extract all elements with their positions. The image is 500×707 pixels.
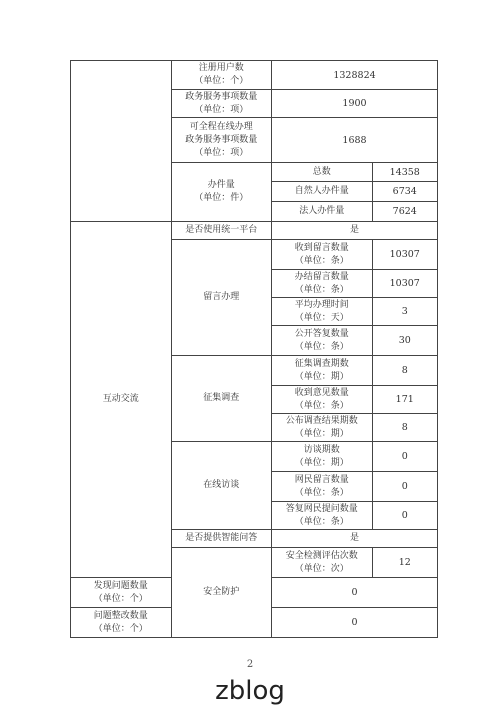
table-row: 互动交流 是否使用统一平台 是: [71, 222, 438, 240]
page-number: 2: [0, 659, 500, 670]
unit-text: （单位：期）: [272, 428, 372, 441]
unit-text: （单位：次）: [272, 563, 372, 576]
label-text: 访谈期数: [272, 444, 372, 457]
unit-text: （单位：个）: [71, 623, 171, 636]
unit-text: （单位：项）: [172, 147, 272, 160]
sub-label: 法人办件量: [272, 202, 373, 222]
label-text: 网民留言数量: [272, 474, 372, 487]
value-cell: 0: [372, 502, 438, 530]
value-cell: 0: [372, 442, 438, 472]
watermark: zblog: [0, 676, 500, 706]
label-text: 平均办理时间: [272, 299, 372, 312]
section-label-service: [71, 61, 172, 222]
row-label: 发现问题数量 （单位：个）: [71, 578, 172, 608]
label-text: 收到意见数量: [272, 387, 372, 400]
label-text: 办结留言数量: [272, 271, 372, 284]
value-cell: 6734: [372, 182, 438, 202]
value-cell: 0: [372, 472, 438, 502]
unit-text: （单位：项）: [172, 104, 272, 117]
sub-label: 公布调查结果期数 （单位：期）: [272, 414, 373, 442]
value-cell: 171: [372, 386, 438, 414]
label-text: 收到留言数量: [272, 242, 372, 255]
label-text: 发现问题数量: [71, 580, 171, 593]
row-label: 是否使用统一平台: [171, 222, 272, 240]
unit-text: （单位：条）: [272, 400, 372, 413]
sub-label: 平均办理时间 （单位：天）: [272, 298, 373, 326]
value-cell: 10307: [372, 240, 438, 270]
label-text: 问题整改数量: [71, 610, 171, 623]
group-label-survey: 征集调查: [171, 356, 272, 442]
label-text: 注册用户数: [172, 62, 272, 75]
value-cell: 0: [272, 608, 438, 638]
value-cell: 是: [272, 222, 438, 240]
unit-text: （单位：条）: [272, 255, 372, 268]
value-cell: 8: [372, 414, 438, 442]
row-label: 办件量 （单位：件）: [171, 163, 272, 222]
unit-text: （单位：个）: [71, 593, 171, 606]
value-cell: 30: [372, 326, 438, 356]
unit-text: （单位：条）: [272, 284, 372, 297]
row-label: 是否提供智能问答: [171, 530, 272, 548]
value-cell: 1900: [272, 90, 438, 118]
unit-text: （单位：件）: [172, 192, 272, 205]
label-text: 公布调查结果期数: [272, 415, 372, 428]
statistics-table: 注册用户数 （单位：个） 1328824 政务服务事项数量 （单位：项） 190…: [70, 60, 438, 638]
sub-label: 总数: [272, 163, 373, 182]
value-cell: 是: [272, 530, 438, 548]
label-text: 征集调查期数: [272, 358, 372, 371]
sub-label: 自然人办件量: [272, 182, 373, 202]
value-cell: 7624: [372, 202, 438, 222]
sub-label: 公开答复数量 （单位：条）: [272, 326, 373, 356]
unit-text: （单位：期）: [272, 457, 372, 470]
section-label-interaction: 互动交流: [71, 222, 172, 578]
label-text: 办件量: [172, 179, 272, 192]
sub-label: 收到意见数量 （单位：条）: [272, 386, 373, 414]
unit-text: （单位：条）: [272, 341, 372, 354]
value-cell: 1688: [272, 118, 438, 163]
unit-text: （单位：个）: [172, 75, 272, 88]
sub-label: 办结留言数量 （单位：条）: [272, 270, 373, 298]
sub-label: 征集调查期数 （单位：期）: [272, 356, 373, 386]
value-cell: 12: [372, 548, 438, 578]
row-label: 注册用户数 （单位：个）: [171, 61, 272, 90]
label-text: 公开答复数量: [272, 328, 372, 341]
section-label-security: 安全防护: [171, 548, 272, 638]
sub-label: 网民留言数量 （单位：条）: [272, 472, 373, 502]
sub-label: 收到留言数量 （单位：条）: [272, 240, 373, 270]
unit-text: （单位：条）: [272, 516, 372, 529]
table-row: 注册用户数 （单位：个） 1328824: [71, 61, 438, 90]
label-text: 答复网民提问数量: [272, 503, 372, 516]
unit-text: （单位：条）: [272, 487, 372, 500]
value-cell: 0: [272, 578, 438, 608]
row-label: 政务服务事项数量 （单位：项）: [171, 90, 272, 118]
unit-text: （单位：期）: [272, 371, 372, 384]
label-text: 政务服务事项数量: [172, 91, 272, 104]
label-text: 政务服务事项数量: [172, 134, 272, 147]
label-text: 安全检测评估次数: [272, 550, 372, 563]
value-cell: 1328824: [272, 61, 438, 90]
sub-label: 访谈期数 （单位：期）: [272, 442, 373, 472]
unit-text: （单位：天）: [272, 312, 372, 325]
sub-label: 答复网民提问数量 （单位：条）: [272, 502, 373, 530]
row-label: 问题整改数量 （单位：个）: [71, 608, 172, 638]
group-label-messages: 留言办理: [171, 240, 272, 356]
value-cell: 10307: [372, 270, 438, 298]
value-cell: 8: [372, 356, 438, 386]
label-text: 可全程在线办理: [172, 121, 272, 134]
group-label-interview: 在线访谈: [171, 442, 272, 530]
value-cell: 14358: [372, 163, 438, 182]
value-cell: 3: [372, 298, 438, 326]
row-label: 安全检测评估次数 （单位：次）: [272, 548, 373, 578]
row-label: 可全程在线办理 政务服务事项数量 （单位：项）: [171, 118, 272, 163]
